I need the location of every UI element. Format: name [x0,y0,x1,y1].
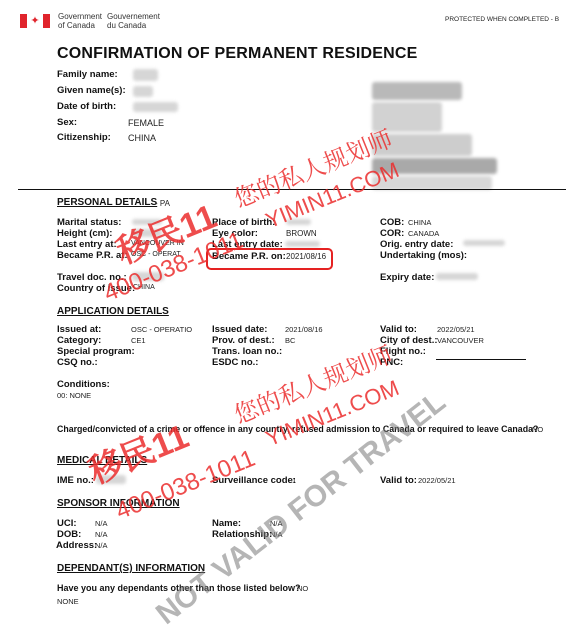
cob-value: CHINA [408,218,431,227]
dependants-list: NONE [57,597,79,606]
place-of-birth-label: Place of birth: [212,217,275,228]
travel-doc-label: Travel doc. no.: [57,272,127,283]
last-entry-date-redacted [285,241,320,247]
dependants-answer: NO [297,584,308,593]
special-program-label: Special program: [57,346,135,357]
expiry-date-redacted [436,273,478,280]
prov-dest-value: BC [285,336,295,345]
charged-answer: NO [532,425,543,434]
cor-label: COR: [380,228,404,239]
conditions-value: 00: NONE [57,391,91,400]
ime-redacted [96,475,126,484]
sponsor-name-value: N/A [270,519,283,528]
esdc-label: ESDC no.: [212,357,258,368]
surveillance-value: 1 [292,476,296,485]
medical-details-heading: MEDICAL DETAILS [57,455,147,466]
medical-valid-to-value: 2022/05/21 [418,476,456,485]
highlight-box [206,248,333,270]
category-label: Category: [57,335,101,346]
last-entry-at-value: VANCOUVER IN [131,240,184,247]
issued-at-label: Issued at: [57,324,101,335]
conditions-label: Conditions: [57,379,110,390]
city-dest-label: City of dest.: [380,335,438,346]
sponsor-uci-value: N/A [95,519,108,528]
sponsor-dob-value: N/A [95,530,108,539]
canada-flag-icon: ✦ [20,14,50,28]
became-pr-at-value: OSC - OPERAT [131,251,181,258]
dependants-question: Have you any dependants other than those… [57,583,301,593]
pnc-label: PNC: [380,357,403,368]
personal-details-suffix: - PA [155,199,170,208]
cor-value: CANADA [408,229,439,238]
ime-label: IME no.: [57,475,94,486]
govt-fr-line2: du Canada [107,21,160,30]
cob-label: COB: [380,217,404,228]
sponsor-uci-label: UCI: [57,518,77,529]
issued-at-value: OSC - OPERATIO [131,325,192,334]
sponsor-dob-label: DOB: [57,529,81,540]
family-name-redacted [133,69,158,81]
citizenship-value: CHINA [128,133,156,143]
marital-status-redacted [132,219,162,225]
flight-label: Flight no.: [380,346,426,357]
sponsor-address-value: N/A [95,541,108,550]
page-title: CONFIRMATION OF PERMANENT RESIDENCE [57,45,417,63]
orig-entry-date-redacted [463,240,505,246]
sponsor-relationship-label: Relationship: [212,529,272,540]
height-label: Height (cm): [57,228,112,239]
country-of-issue-label: Country of issue: [57,283,135,294]
expiry-date-label: Expiry date: [380,272,434,283]
citizenship-label: Citizenship: [57,132,111,143]
prov-dest-label: Prov. of dest.: [212,335,275,346]
application-details-heading: APPLICATION DETAILS [57,306,169,317]
city-dest-value: VANCOUVER [437,336,484,345]
govt-fr: Gouvernement du Canada [107,12,160,30]
charged-question: Charged/convicted of a crime or offence … [57,424,538,434]
place-of-birth-redacted [286,219,311,225]
valid-to-value: 2022/05/21 [437,325,475,334]
height-redacted [132,229,162,237]
protected-label: PROTECTED WHEN COMPLETED - B [445,16,559,23]
govt-en-line1: Government [58,12,102,21]
family-name-label: Family name: [57,69,118,80]
undertaking-label: Undertaking (mos): [380,250,467,261]
travel-doc-redacted [132,272,164,281]
last-entry-at-label: Last entry at: [57,239,117,250]
dob-label: Date of birth: [57,101,116,112]
sponsor-heading: SPONSOR INFORMATION [57,498,180,509]
became-pr-at-label: Became P.R. at: [57,250,128,261]
category-value: CE1 [131,336,146,345]
site-watermark-2: YIMIN11.COM [262,375,403,452]
marital-status-label: Marital status: [57,217,121,228]
given-names-redacted [133,86,153,97]
sponsor-address-label: Address: [56,540,97,551]
photo-redacted [372,82,497,190]
country-of-issue-value: CHINA [133,284,155,291]
sponsor-name-label: Name: [212,518,241,529]
trans-loan-label: Trans. loan no.: [212,346,282,357]
flight-underline [436,359,526,360]
sponsor-relationship-value: N/A [270,530,283,539]
personal-details-heading: PERSONAL DETAILS [57,197,157,208]
dependants-heading: DEPENDANT(S) INFORMATION [57,563,205,574]
dob-redacted [133,102,178,112]
govt-fr-line1: Gouvernement [107,12,160,21]
orig-entry-date-label: Orig. entry date: [380,239,453,250]
given-names-label: Given name(s): [57,85,126,96]
govt-en-line2: of Canada [58,21,102,30]
eye-color-value: BROWN [286,229,317,238]
issued-date-value: 2021/08/16 [285,325,323,334]
eye-color-label: Eye color: [212,228,258,239]
medical-valid-to-label: Valid to: [380,475,417,486]
csq-label: CSQ no.: [57,357,98,368]
valid-to-label: Valid to: [380,324,417,335]
issued-date-label: Issued date: [212,324,267,335]
divider [18,189,566,190]
sex-label: Sex: [57,117,77,128]
govt-en: Government of Canada [58,12,102,30]
sex-value: FEMALE [128,118,164,128]
surveillance-label: Surveillance code: [212,475,296,486]
